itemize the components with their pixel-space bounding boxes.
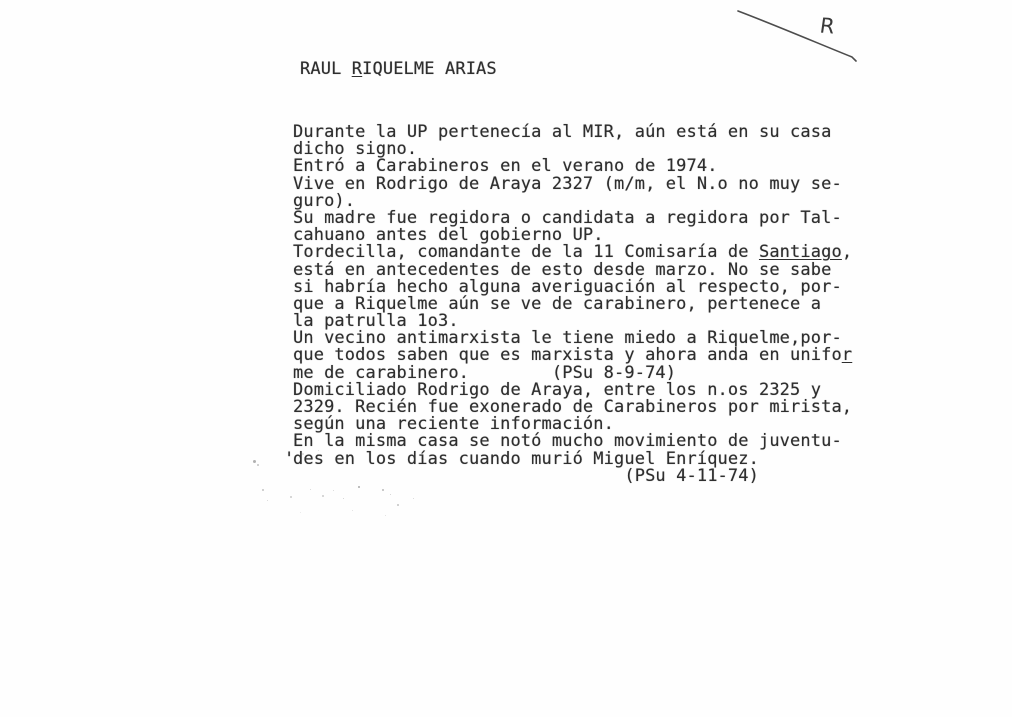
scan-speck: [253, 460, 256, 463]
scan-speck: [397, 504, 399, 506]
text-segment: ,: [842, 242, 852, 262]
text-line: Vive en Rodrigo de Araya 2327 (m/m, el N…: [293, 176, 852, 193]
scanned-document-page: R RAUL RIQUELME ARIAS Durante la UP pert…: [0, 0, 1012, 717]
scan-speck: [318, 450, 319, 451]
scan-speck: [310, 489, 311, 490]
text-segment: IQUELME ARIAS: [362, 59, 497, 79]
scan-speck: [333, 490, 334, 491]
scan-speck: [262, 489, 264, 491]
scan-speck: [382, 489, 384, 491]
scan-speck: [290, 496, 292, 498]
text-segment: (PSu 4-11-74): [293, 466, 759, 486]
scan-speck: [300, 512, 301, 513]
scan-speck: [358, 486, 360, 488]
scan-speck: [352, 510, 353, 511]
scan-speck: [385, 515, 386, 516]
scan-speck: [345, 462, 347, 464]
scan-speck: [413, 498, 414, 499]
text-segment: RAUL: [300, 59, 352, 79]
document-title: RAUL RIQUELME ARIAS: [300, 61, 852, 78]
scan-speck: [322, 495, 324, 497]
underlined-text: r: [842, 345, 852, 365]
scan-speck: [390, 494, 391, 495]
scan-speck: [257, 464, 259, 466]
underlined-text: R: [352, 59, 362, 79]
text-line: (PSu 4-11-74): [293, 468, 852, 485]
typewritten-text: RAUL RIQUELME ARIAS Durante la UP perten…: [293, 27, 852, 519]
scan-speck: [343, 498, 344, 499]
text-segment: Vive en Rodrigo de Araya 2327 (m/m, el N…: [293, 174, 842, 194]
scan-speck: [302, 453, 304, 455]
scan-speck: [267, 500, 268, 501]
document-body: Durante la UP pertenecía al MIR, aún est…: [293, 124, 852, 485]
